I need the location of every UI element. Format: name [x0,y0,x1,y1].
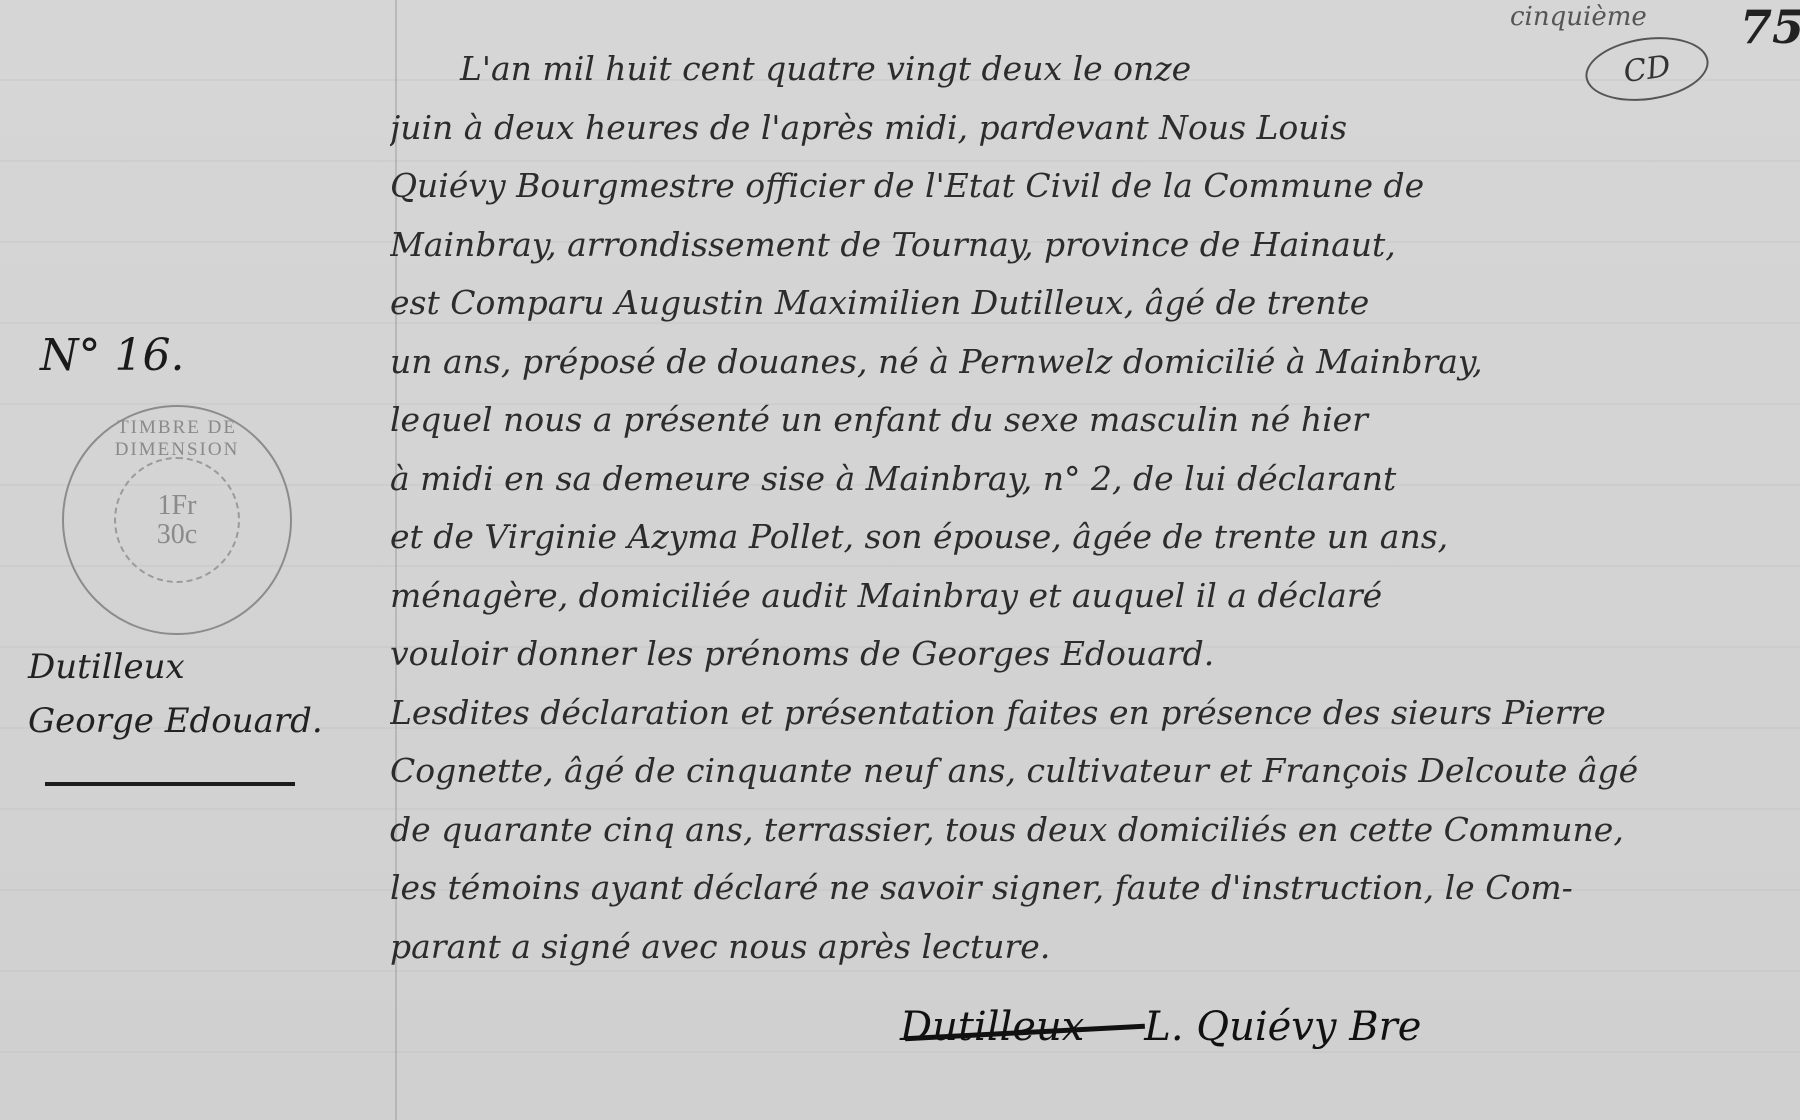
body-line: Cognette, âgé de cinquante neuf ans, cul… [390,742,1770,801]
declarant-signature: Dutilleux [900,1004,1084,1050]
stamp-value: 1Fr 30c [114,457,240,583]
body-line: est Comparu Augustin Maximilien Dutilleu… [390,274,1770,333]
stamp-ring-text: TIMBRE DE DIMENSION [64,417,290,461]
margin-surname: Dutilleux [28,640,378,694]
margin-child-name: Dutilleux George Edouard. [28,640,378,748]
stamp-value-centimes: 30c [157,520,197,549]
civil-register-page: cinquième 75 CD N° 16. TIMBRE DE DIMENSI… [0,0,1800,1120]
act-number: N° 16. [40,330,184,381]
act-body-text: L'an mil huit cent quatre vingt deux le … [390,40,1770,976]
body-line: juin à deux heures de l'après midi, pard… [390,99,1770,158]
body-line: un ans, préposé de douanes, né à Pernwel… [390,333,1770,392]
body-line: Mainbray, arrondissement de Tournay, pro… [390,216,1770,275]
margin-underline [45,782,295,786]
body-line: L'an mil huit cent quatre vingt deux le … [390,40,1770,99]
body-line: lequel nous a présenté un enfant du sexe… [390,391,1770,450]
body-line: ménagère, domiciliée audit Mainbray et a… [390,567,1770,626]
body-line: les témoins ayant déclaré ne savoir sign… [390,859,1770,918]
stamp-value-francs: 1Fr [158,491,197,520]
body-line: Quiévy Bourgmestre officier de l'Etat Ci… [390,157,1770,216]
body-line: à midi en sa demeure sise à Mainbray, n°… [390,450,1770,509]
margin-given-names: George Edouard. [28,694,378,748]
body-line: Lesdites déclaration et présentation fai… [390,684,1770,743]
official-signature: L. Quiévy Bre [1144,1004,1421,1050]
tax-stamp: TIMBRE DE DIMENSION 1Fr 30c [62,405,292,635]
body-line: de quarante cinq ans, terrassier, tous d… [390,801,1770,860]
signatures: Dutilleux L. Quiévy Bre [900,960,1700,1050]
corner-note: cinquième [1510,2,1647,32]
body-line: et de Virginie Azyma Pollet, son épouse,… [390,508,1770,567]
body-line: vouloir donner les prénoms de Georges Ed… [390,625,1770,684]
